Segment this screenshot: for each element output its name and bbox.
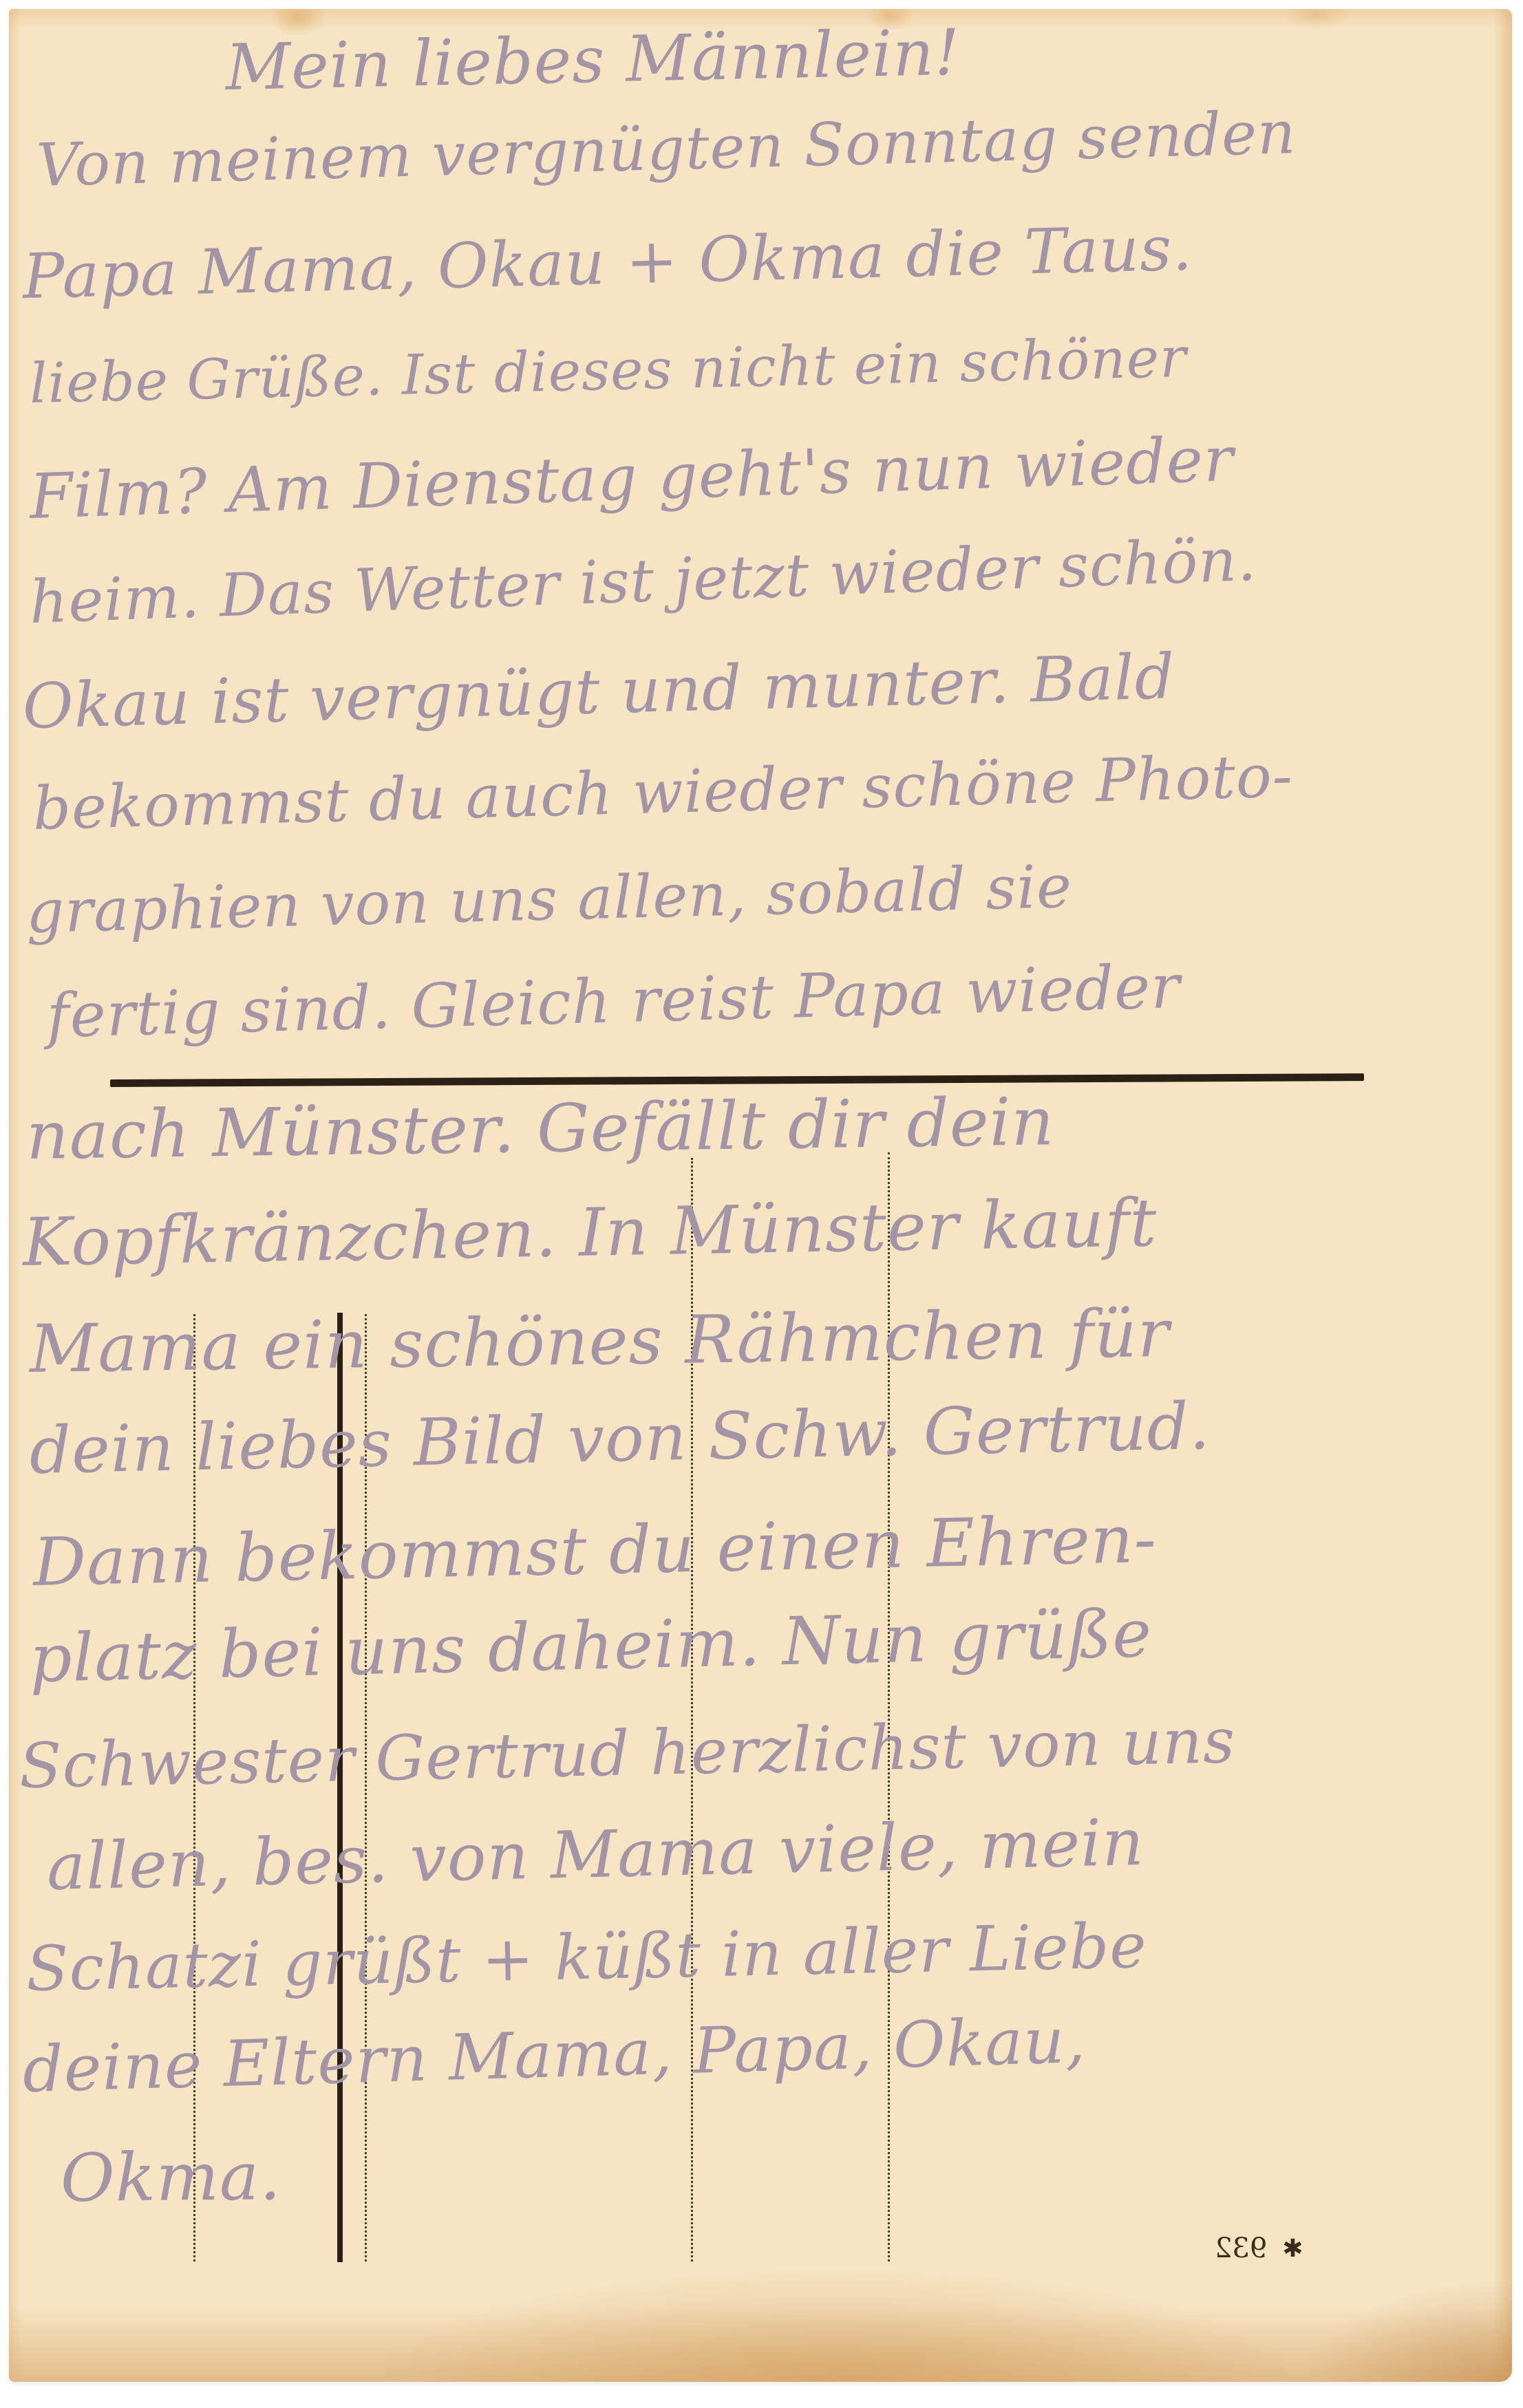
address-divider-line	[110, 1073, 1364, 1087]
handwritten-line-6: Okau ist vergnügt und munter. Bald	[22, 646, 1176, 738]
printed-card-number: 932 ✱	[1215, 2233, 1303, 2264]
handwritten-line-19: deine Eltern Mama, Papa, Okau,	[22, 2009, 1087, 2102]
handwritten-line-4: Film? Am Dienstag geht's nun wieder	[29, 429, 1235, 528]
handwritten-line-13: dein liebes Bild von Schw. Gertrud.	[29, 1395, 1211, 1484]
handwritten-line-10: nach Münster. Gefällt dir dein	[25, 1088, 1054, 1169]
handwritten-line-9: fertig sind. Gleich reist Papa wieder	[46, 956, 1181, 1046]
handwritten-line-1: Von meinem vergnügten Sonntag senden	[36, 103, 1297, 195]
handwritten-line-11: Kopfkränzchen. In Münster kauft	[22, 1190, 1158, 1276]
handwritten-line-7: bekommst du auch wieder schöne Photo-	[32, 746, 1294, 839]
handwritten-line-8: graphien von uns allen, sobald sie	[25, 857, 1073, 942]
greeting-line: Mein liebes Männlein!	[225, 21, 961, 100]
handwritten-line-16: Schwester Gertrud herzlichst von uns	[19, 1710, 1236, 1798]
postcard-back: Mein liebes Männlein! Von meinem vergnüg…	[9, 9, 1512, 2382]
handwritten-line-20: Okma.	[61, 2143, 281, 2211]
handwritten-line-17: allen, bes. von Mama viele, mein	[46, 1811, 1145, 1900]
handwritten-line-15: platz bei uns daheim. Nun grüße	[29, 1600, 1153, 1692]
handwritten-line-12: Mama ein schönes Rähmchen für	[29, 1300, 1170, 1382]
star-icon: ✱	[1282, 2235, 1303, 2263]
card-number: 932	[1215, 2233, 1267, 2264]
handwritten-line-3: liebe Grüße. Ist dieses nicht ein schöne…	[29, 330, 1187, 411]
handwritten-line-14: Dann bekommst du einen Ehren-	[32, 1506, 1158, 1595]
handwritten-line-5: heim. Das Wetter ist jetzt wieder schön.	[28, 530, 1257, 632]
handwritten-line-2: Papa Mama, Okau + Okma die Taus.	[22, 217, 1193, 308]
